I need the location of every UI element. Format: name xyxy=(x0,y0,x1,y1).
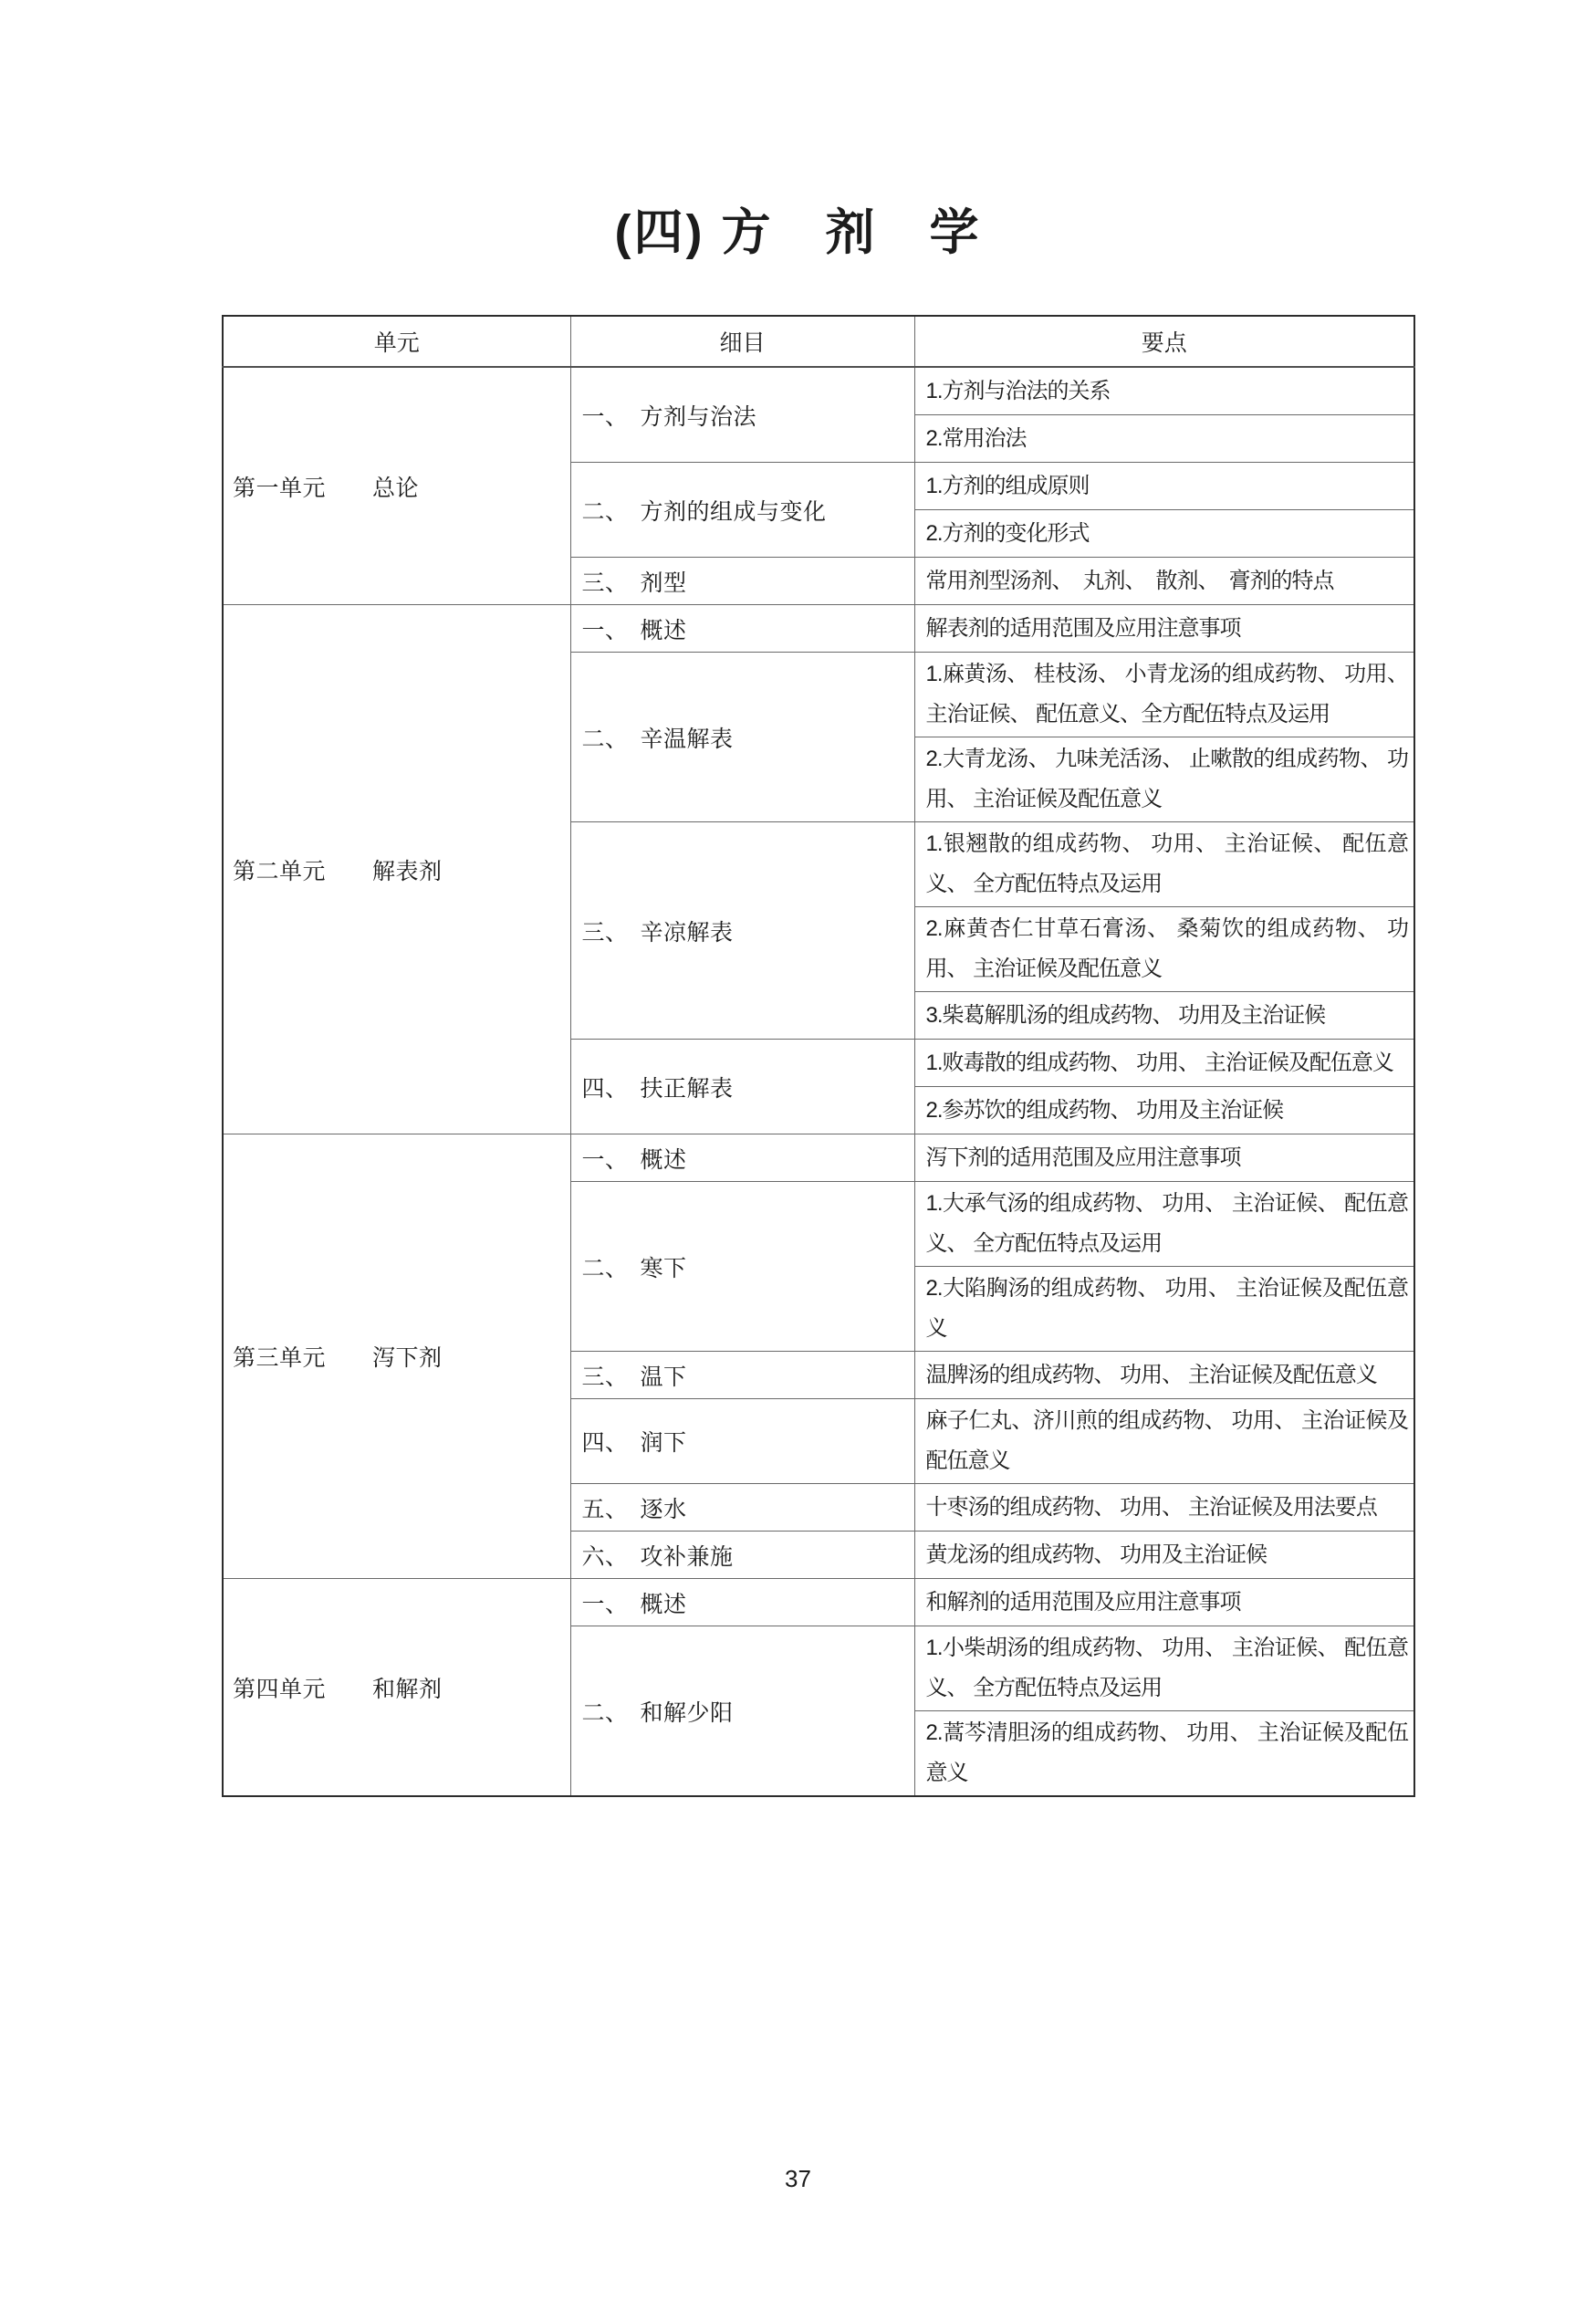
point-cell: 十枣汤的组成药物、 功用、 主治证候及用法要点 xyxy=(914,1484,1414,1532)
header-item: 细目 xyxy=(570,316,914,367)
item-cell: 三、 温下 xyxy=(570,1352,914,1399)
unit-cell: 第一单元 总论 xyxy=(223,367,570,605)
point-cell: 解表剂的适用范围及应用注意事项 xyxy=(914,605,1414,653)
point-cell: 2.大陷胸汤的组成药物、 功用、 主治证候及配伍意义 xyxy=(914,1267,1414,1352)
item-cell: 二、 方剂的组成与变化 xyxy=(570,463,914,558)
point-cell: 2.常用治法 xyxy=(914,415,1414,463)
item-cell: 一、 概述 xyxy=(570,1579,914,1626)
point-cell: 和解剂的适用范围及应用注意事项 xyxy=(914,1579,1414,1626)
table-row: 第三单元 泻下剂一、 概述泻下剂的适用范围及应用注意事项 xyxy=(223,1134,1414,1182)
point-cell: 1.小柴胡汤的组成药物、 功用、 主治证候、 配伍意 义、 全方配伍特点及运用 xyxy=(914,1626,1414,1711)
point-cell: 2.大青龙汤、 九味羌活汤、 止嗽散的组成药物、 功 用、 主治证候及配伍意义 xyxy=(914,737,1414,822)
table-row: 第四单元 和解剂一、 概述和解剂的适用范围及应用注意事项 xyxy=(223,1579,1414,1626)
point-cell: 2.方剂的变化形式 xyxy=(914,510,1414,558)
header-unit: 单元 xyxy=(223,316,570,367)
item-cell: 二、 和解少阳 xyxy=(570,1626,914,1797)
point-cell: 1.麻黄汤、 桂枝汤、 小青龙汤的组成药物、 功用、 主治证候、 配伍意义、全方… xyxy=(914,653,1414,737)
point-cell: 黄龙汤的组成药物、 功用及主治证候 xyxy=(914,1532,1414,1579)
item-cell: 三、 辛凉解表 xyxy=(570,822,914,1040)
point-cell: 3.柴葛解肌汤的组成药物、 功用及主治证候 xyxy=(914,992,1414,1040)
point-cell: 1.大承气汤的组成药物、 功用、 主治证候、 配伍意 义、 全方配伍特点及运用 xyxy=(914,1182,1414,1267)
table-body: 第一单元 总论一、 方剂与治法1.方剂与治法的关系2.常用治法二、 方剂的组成与… xyxy=(223,367,1414,1796)
item-cell: 三、 剂型 xyxy=(570,558,914,605)
page-title: (四) 方 剂 学 xyxy=(0,193,1596,264)
point-cell: 麻子仁丸、济川煎的组成药物、 功用、 主治证候及配伍意义 xyxy=(914,1399,1414,1484)
point-cell: 2.麻黄杏仁甘草石膏汤、 桑菊饮的组成药物、 功 用、 主治证候及配伍意义 xyxy=(914,907,1414,992)
document-page: (四) 方 剂 学 单元 细目 要点 第一单元 总论一、 方剂与治法1.方剂与治… xyxy=(0,0,1596,2300)
item-cell: 四、 润下 xyxy=(570,1399,914,1484)
item-cell: 一、 概述 xyxy=(570,605,914,653)
page-number: 37 xyxy=(0,2165,1596,2193)
item-cell: 一、 概述 xyxy=(570,1134,914,1182)
point-cell: 温脾汤的组成药物、 功用、 主治证候及配伍意义 xyxy=(914,1352,1414,1399)
item-cell: 二、 寒下 xyxy=(570,1182,914,1352)
point-cell: 常用剂型汤剂、 丸剂、 散剂、 膏剂的特点 xyxy=(914,558,1414,605)
point-cell: 2.参苏饮的组成药物、 功用及主治证候 xyxy=(914,1087,1414,1134)
syllabus-table: 单元 细目 要点 第一单元 总论一、 方剂与治法1.方剂与治法的关系2.常用治法… xyxy=(222,315,1415,1797)
item-cell: 一、 方剂与治法 xyxy=(570,367,914,463)
point-cell: 1.银翘散的组成药物、 功用、 主治证候、 配伍意义、 全方配伍特点及运用 xyxy=(914,822,1414,907)
table-header-row: 单元 细目 要点 xyxy=(223,316,1414,367)
item-cell: 五、 逐水 xyxy=(570,1484,914,1532)
table-row: 第二单元 解表剂一、 概述解表剂的适用范围及应用注意事项 xyxy=(223,605,1414,653)
item-cell: 四、 扶正解表 xyxy=(570,1040,914,1134)
item-cell: 六、 攻补兼施 xyxy=(570,1532,914,1579)
unit-cell: 第三单元 泻下剂 xyxy=(223,1134,570,1579)
point-cell: 1.方剂的组成原则 xyxy=(914,463,1414,510)
point-cell: 1.败毒散的组成药物、 功用、 主治证候及配伍意义 xyxy=(914,1040,1414,1087)
table-row: 第一单元 总论一、 方剂与治法1.方剂与治法的关系 xyxy=(223,367,1414,415)
item-cell: 二、 辛温解表 xyxy=(570,653,914,822)
unit-cell: 第四单元 和解剂 xyxy=(223,1579,570,1797)
point-cell: 泻下剂的适用范围及应用注意事项 xyxy=(914,1134,1414,1182)
point-cell: 1.方剂与治法的关系 xyxy=(914,367,1414,415)
unit-cell: 第二单元 解表剂 xyxy=(223,605,570,1134)
point-cell: 2.蒿芩清胆汤的组成药物、 功用、 主治证候及配伍意义 xyxy=(914,1711,1414,1797)
header-points: 要点 xyxy=(914,316,1414,367)
